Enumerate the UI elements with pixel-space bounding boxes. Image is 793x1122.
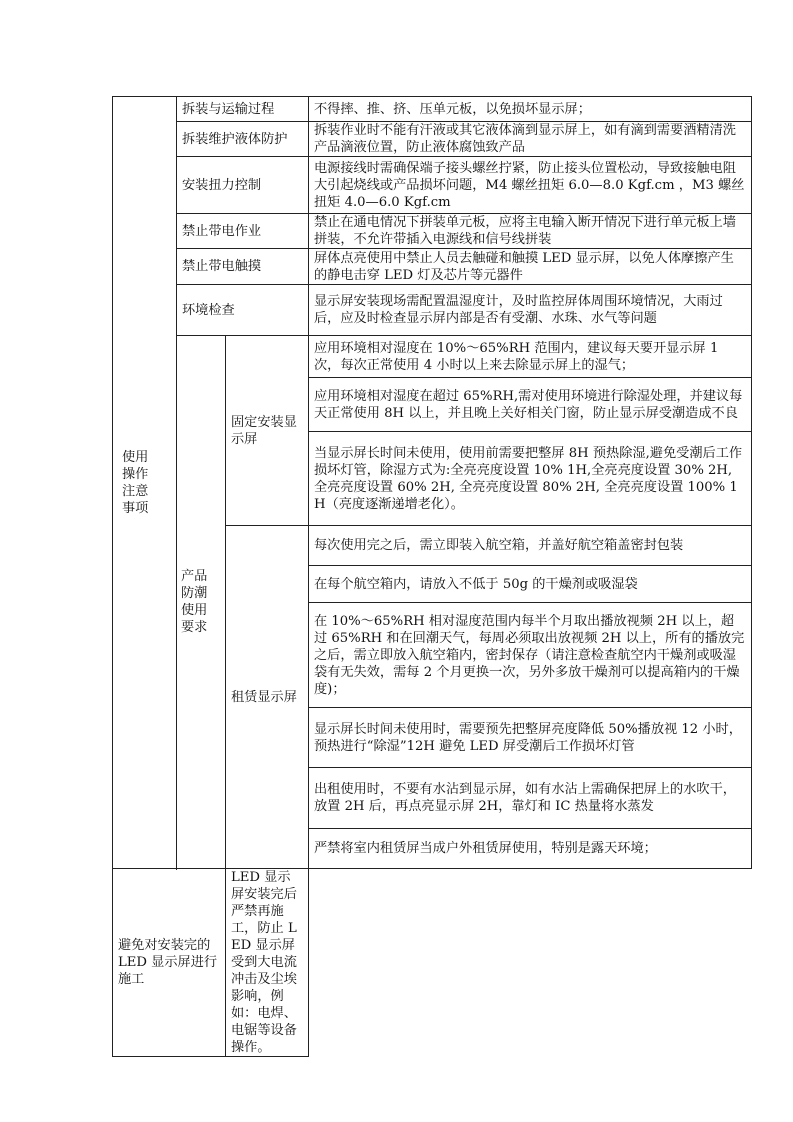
fixed-display-label: 固定安装显示屏 <box>226 336 309 526</box>
moisture-label-line: 使用 <box>181 602 220 619</box>
row-text: 电源接线时需确保端子接头螺丝拧紧，防止接头位置松动，导致接触电阻大引起烧线或产品… <box>309 157 752 214</box>
row-label: 避免对安装完的 LED 显示屏进行施工 <box>113 869 226 1057</box>
row-label: 拆装与运输过程 <box>177 97 309 122</box>
rental-item: 在 10%～65%RH 相对湿度范围内每半个月取出播放视频 2H 以上，超过 6… <box>309 603 752 708</box>
row-text: 显示屏安装现场需配置温湿度计，及时监控屏体周围环境情况，大雨过后，应及时检查显示… <box>309 285 752 336</box>
rental-item: 在每个航空箱内，请放入不低于 50g 的干燥剂或吸湿袋 <box>309 566 752 603</box>
row-label: 拆装维护液体防护 <box>177 122 309 157</box>
fixed-item: 应用环境相对湿度在 10%～65%RH 范围内，建议每天要开显示屏 1 次，每次… <box>309 336 752 378</box>
row-text: 禁止在通电情况下拼装单元板，应将主电输入断开情况下进行单元板上墙拼装，不允许带插… <box>309 214 752 249</box>
usage-notes-table: 使用 操作 注意 事项 拆装与运输过程 不得摔、推、挤、压单元板，以免损坏显示屏… <box>112 96 752 1057</box>
row-text: LED 显示屏安装完后严禁再施工，防止 LED 显示屏受到大电流冲击及尘埃影响，… <box>226 869 309 1057</box>
section-title-line: 使用 <box>122 449 171 466</box>
section-title-cell: 使用 操作 注意 事项 <box>113 97 177 869</box>
fixed-item: 应用环境相对湿度在超过 65%RH,需对使用环境进行除湿处理，并建议每天正常使用… <box>309 378 752 432</box>
moisture-label-line: 要求 <box>181 619 220 636</box>
fixed-item: 当显示屏长时间未使用，使用前需要把整屏 8H 预热除湿,避免受潮后工作损坏灯管，… <box>309 432 752 526</box>
row-label: 环境检查 <box>177 285 309 336</box>
rental-item: 出租使用时，不要有水沾到显示屏，如有水沾上需确保把屏上的水吹干，放置 2H 后，… <box>309 768 752 829</box>
rental-item: 严禁将室内租赁屏当成户外租赁屏使用，特别是露天环境； <box>309 829 752 869</box>
section-title-line: 事项 <box>122 500 171 517</box>
moisture-label-line: 防潮 <box>181 585 220 602</box>
row-label: 禁止带电触摸 <box>177 249 309 285</box>
moisture-label-cell: 产品 防潮 使用 要求 <box>177 336 226 869</box>
row-text: 屏体点亮使用中禁止人员去触碰和触摸 LED 显示屏，以免人体摩擦产生的静电击穿 … <box>309 249 752 285</box>
rental-item: 每次使用完之后，需立即装入航空箱，并盖好航空箱盖密封包装 <box>309 526 752 566</box>
section-title-line: 操作 <box>122 466 171 483</box>
rental-display-label: 租赁显示屏 <box>226 526 309 869</box>
rental-item: 显示屏长时间未使用时，需要预先把整屏亮度降低 50%播放视 12 小时，预热进行… <box>309 708 752 768</box>
row-label: 禁止带电作业 <box>177 214 309 249</box>
section-title-line: 注意 <box>122 483 171 500</box>
row-text: 不得摔、推、挤、压单元板，以免损坏显示屏； <box>309 97 752 122</box>
row-label: 安装扭力控制 <box>177 157 309 214</box>
moisture-label-line: 产品 <box>181 568 220 585</box>
row-text: 拆装作业时不能有汗液或其它液体滴到显示屏上，如有滴到需要酒精清洗产品滴液位置，防… <box>309 122 752 157</box>
